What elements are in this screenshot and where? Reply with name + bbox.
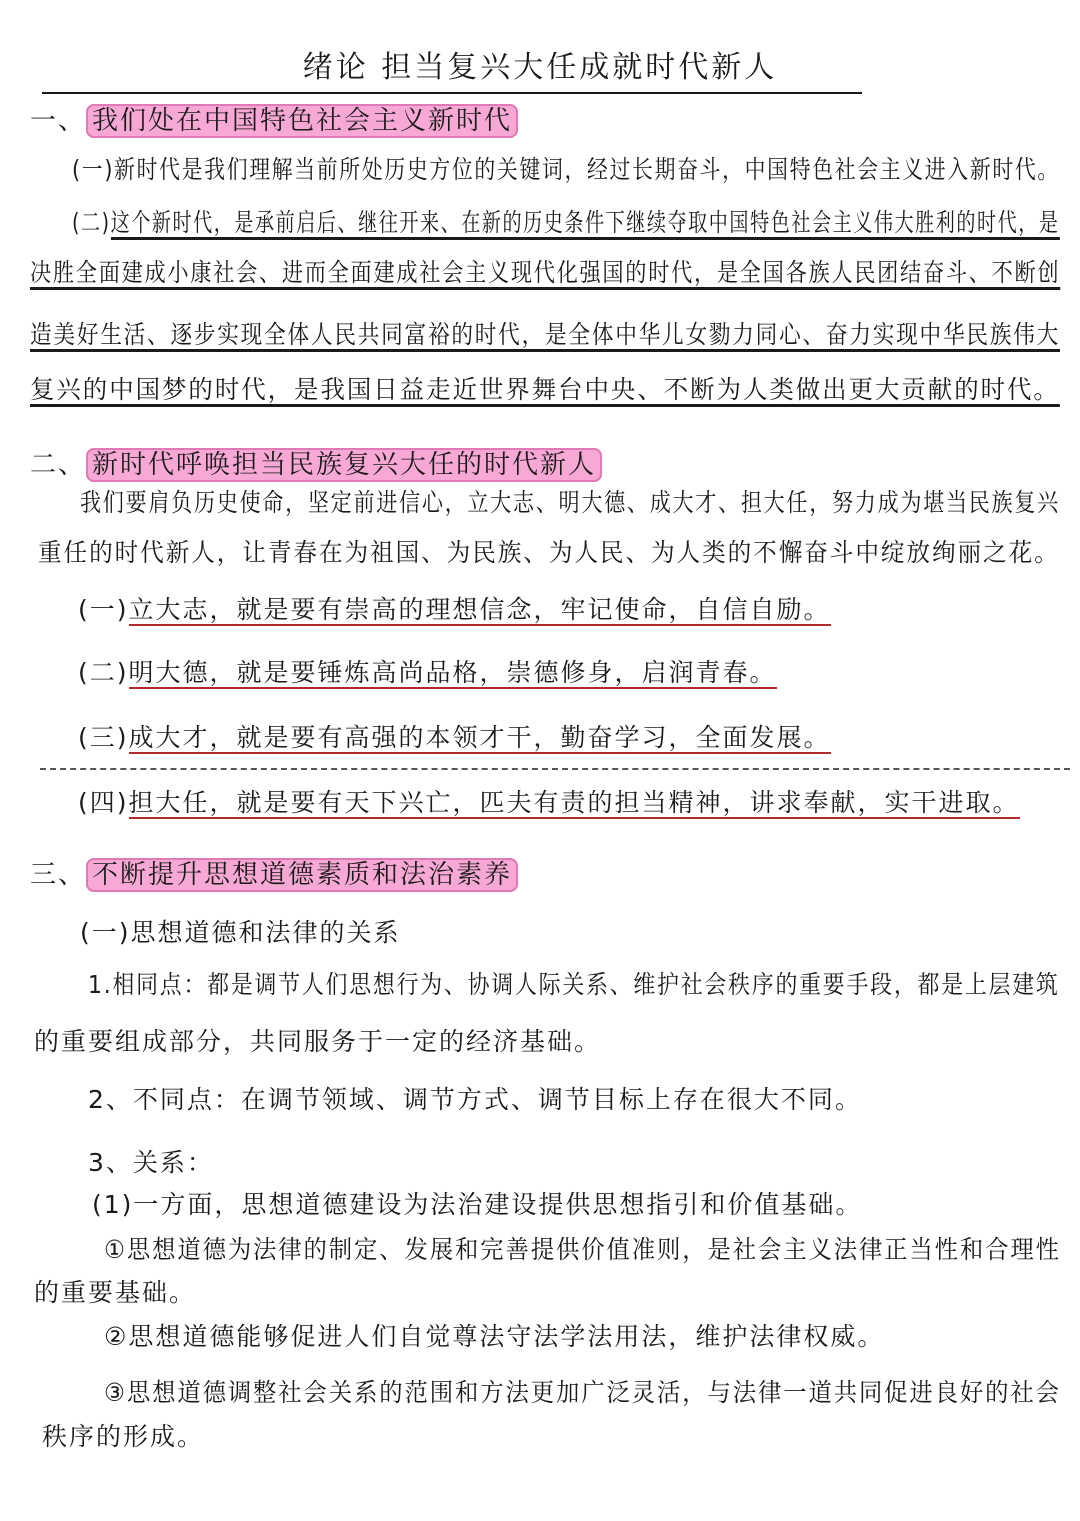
para-text: 这个新时代，是承前启后、继往开来、在新的历史条件下继续夺取中国特色社会主义伟大胜… bbox=[111, 208, 1060, 240]
sub-text: 思想道德能够促进人们自觉尊法守法学法用法，维护法律权威。 bbox=[128, 1322, 884, 1351]
para-text: 重任的时代新人，让青春在为祖国、为民族、为人民、为人类的不懈奋斗中绽放绚丽之花。 bbox=[38, 538, 1060, 567]
point-text: 不同点：在调节领域、调节方式、调节目标上存在很大不同。 bbox=[133, 1085, 862, 1114]
item-text: 担大任，就是要有天下兴亡，匹夫有责的担当精神，讲求奉献，实干进取。 bbox=[129, 788, 1020, 819]
s3-sub-1: (1)一方面，思想道德建设为法治建设提供思想指引和价值基础。 bbox=[92, 1190, 862, 1220]
item-label: (四) bbox=[78, 788, 129, 817]
sub-text: 一方面，思想道德建设为法治建设提供思想指引和价值基础。 bbox=[133, 1190, 862, 1219]
section-2-heading: 二、新时代呼唤担当民族复兴大任的时代新人 bbox=[30, 450, 602, 481]
section-3-title: 不断提升思想道德素质和法治素养 bbox=[86, 858, 518, 892]
para-text: 决胜全面建成小康社会、进而全面建成社会主义现代化强国的时代，是全国各族人民团结奋… bbox=[30, 258, 1060, 290]
s2-item-3: (三)成大才，就是要有高强的本领才干，勤奋学习，全面发展。 bbox=[78, 723, 831, 753]
para-text: 新时代是我们理解当前所处历史方位的关键词，经过长期奋斗，中国特色社会主义进入新时… bbox=[114, 155, 1060, 184]
title-divider bbox=[42, 92, 862, 94]
s3-point-1-line-2: 的重要组成部分，共同服务于一定的经济基础。 bbox=[34, 1027, 601, 1057]
s3-subheading: (一)思想道德和法律的关系 bbox=[80, 918, 401, 948]
item-label: 2、 bbox=[88, 1085, 133, 1114]
point-text: 相同点：都是调节人们思想行为、协调人际关系、维护社会秩序的重要手段，都是上层建筑 bbox=[112, 970, 1059, 999]
sub-text: 秩序的形成。 bbox=[42, 1422, 204, 1451]
item-label: (三) bbox=[78, 723, 129, 752]
s3-sub-2-line-2: 的重要基础。 bbox=[34, 1278, 196, 1308]
item-label: (1) bbox=[92, 1190, 133, 1219]
section-number: 三、 bbox=[30, 860, 86, 890]
point-text: 关系： bbox=[133, 1148, 214, 1177]
item-text: 明大德，就是要锤炼高尚品格，崇德修身，启润青春。 bbox=[129, 658, 777, 689]
s2-item-2: (二)明大德，就是要锤炼高尚品格，崇德修身，启润青春。 bbox=[78, 658, 777, 688]
dashed-divider bbox=[40, 768, 1070, 770]
para-text: 造美好生活、逐步实现全体人民共同富裕的时代，是全体中华儿女勠力同心、奋力实现中华… bbox=[30, 320, 1060, 352]
item-label: 1. bbox=[88, 970, 112, 999]
item-label: (二) bbox=[78, 658, 129, 687]
sub-text: 思想道德为法律的制定、发展和完善提供价值准则，是社会主义法律正当性和合理性 bbox=[127, 1235, 1061, 1264]
sub-text: 的重要基础。 bbox=[34, 1278, 196, 1307]
s1-para-2-line-3: 造美好生活、逐步实现全体人民共同富裕的时代，是全体中华儿女勠力同心、奋力实现中华… bbox=[30, 320, 1060, 350]
section-1-title: 我们处在中国特色社会主义新时代 bbox=[86, 104, 518, 138]
section-1-heading: 一、我们处在中国特色社会主义新时代 bbox=[30, 106, 518, 137]
section-number: 一、 bbox=[30, 106, 86, 136]
s3-sub-4-line-1: ③思想道德调整社会关系的范围和方法更加广泛灵活，与法律一道共同促进良好的社会 bbox=[104, 1378, 1061, 1408]
section-number: 二、 bbox=[30, 450, 86, 480]
s2-item-4: (四)担大任，就是要有天下兴亡，匹夫有责的担当精神，讲求奉献，实干进取。 bbox=[78, 788, 1020, 818]
s3-sub-2-line-1: ①思想道德为法律的制定、发展和完善提供价值准则，是社会主义法律正当性和合理性 bbox=[104, 1235, 1061, 1265]
s3-point-1-line-1: 1.相同点：都是调节人们思想行为、协调人际关系、维护社会秩序的重要手段，都是上层… bbox=[88, 970, 1060, 1000]
s1-para-2-line-2: 决胜全面建成小康社会、进而全面建成社会主义现代化强国的时代，是全国各族人民团结奋… bbox=[30, 258, 1060, 288]
section-3-heading: 三、不断提升思想道德素质和法治素养 bbox=[30, 860, 518, 891]
item-label: 3、 bbox=[88, 1148, 133, 1177]
item-label: (一) bbox=[80, 918, 131, 947]
item-text: 立大志，就是要有崇高的理想信念，牢记使命，自信自励。 bbox=[129, 595, 831, 626]
s1-para-2-line-4: 复兴的中国梦的时代，是我国日益走近世界舞台中央、不断为人类做出更大贡献的时代。 bbox=[30, 375, 1060, 405]
item-label: ① bbox=[104, 1235, 127, 1264]
para-text: 我们要肩负历史使命，坚定前进信心，立大志、明大德、成大才、担大任，努力成为堪当民… bbox=[80, 488, 1060, 517]
s3-point-2: 2、不同点：在调节领域、调节方式、调节目标上存在很大不同。 bbox=[88, 1085, 862, 1115]
page-title: 绪论 担当复兴大任成就时代新人 bbox=[0, 42, 1080, 86]
item-label: ② bbox=[104, 1322, 128, 1351]
item-text: 成大才，就是要有高强的本领才干，勤奋学习，全面发展。 bbox=[129, 723, 831, 754]
sub-text: 思想道德调整社会关系的范围和方法更加广泛灵活，与法律一道共同促进良好的社会 bbox=[127, 1378, 1061, 1407]
s3-point-3: 3、关系： bbox=[88, 1148, 214, 1178]
item-label: ③ bbox=[104, 1378, 127, 1407]
s1-para-1: (一)新时代是我们理解当前所处历史方位的关键词，经过长期奋斗，中国特色社会主义进… bbox=[72, 155, 1060, 185]
notes-page: 绪论 担当复兴大任成就时代新人 一、我们处在中国特色社会主义新时代 (一)新时代… bbox=[0, 0, 1080, 1521]
item-label: (二) bbox=[72, 208, 111, 237]
section-2-title: 新时代呼唤担当民族复兴大任的时代新人 bbox=[86, 448, 602, 482]
s2-intro-line-1: 我们要肩负历史使命，坚定前进信心，立大志、明大德、成大才、担大任，努力成为堪当民… bbox=[80, 488, 1060, 518]
s3-sub-4-line-2: 秩序的形成。 bbox=[42, 1422, 204, 1452]
item-label: (一) bbox=[72, 155, 114, 184]
item-label: (一) bbox=[78, 595, 129, 624]
s2-item-1: (一)立大志，就是要有崇高的理想信念，牢记使命，自信自励。 bbox=[78, 595, 831, 625]
s2-intro-line-2: 重任的时代新人，让青春在为祖国、为民族、为人民、为人类的不懈奋斗中绽放绚丽之花。 bbox=[38, 538, 1060, 568]
subheading-text: 思想道德和法律的关系 bbox=[131, 918, 401, 947]
s1-para-2-line-1: (二)这个新时代，是承前启后、继往开来、在新的历史条件下继续夺取中国特色社会主义… bbox=[72, 208, 1059, 238]
point-text: 的重要组成部分，共同服务于一定的经济基础。 bbox=[34, 1027, 601, 1056]
s3-sub-3: ②思想道德能够促进人们自觉尊法守法学法用法，维护法律权威。 bbox=[104, 1322, 884, 1352]
para-text: 复兴的中国梦的时代，是我国日益走近世界舞台中央、不断为人类做出更大贡献的时代。 bbox=[30, 375, 1060, 407]
